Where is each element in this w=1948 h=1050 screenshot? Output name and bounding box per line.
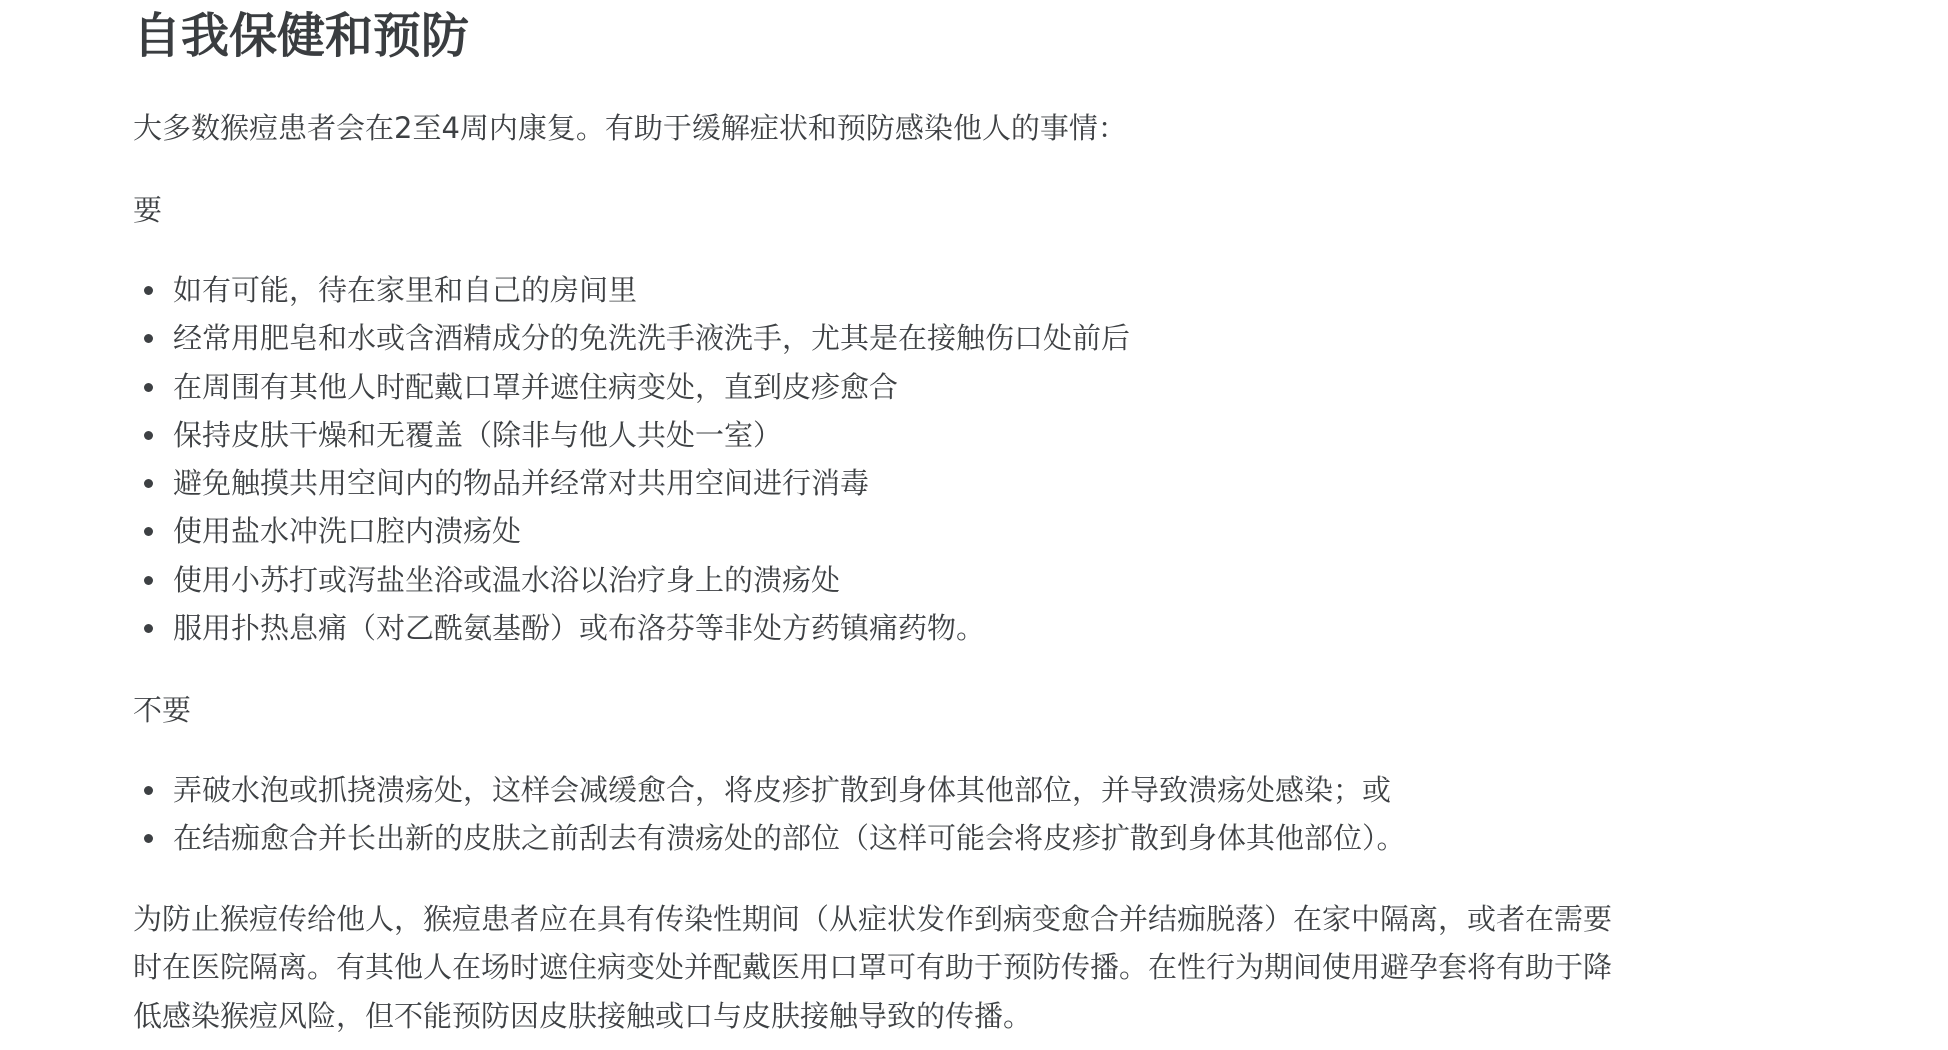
section-title: 自我保健和预防 [133,6,469,66]
do-list-item: 服用扑热息痛（对乙酰氨基酚）或布洛芬等非处方药镇痛药物。 [133,604,1130,652]
do-list-item: 经常用肥皂和水或含酒精成分的免洗洗手液洗手，尤其是在接触伤口处前后 [133,314,1130,362]
do-list-item: 在周围有其他人时配戴口罩并遮住病变处，直到皮疹愈合 [133,363,1130,411]
bullet-icon [144,479,153,488]
bullet-icon [144,286,153,295]
bullet-icon [144,786,153,795]
dont-list-item: 在结痂愈合并长出新的皮肤之前刮去有溃疡处的部位（这样可能会将皮疹扩散到身体其他部… [133,814,1406,862]
dont-list: 弄破水泡或抓挠溃疡处，这样会减缓愈合，将皮疹扩散到身体其他部位，并导致溃疡处感染… [133,766,1406,863]
dont-list-item: 弄破水泡或抓挠溃疡处，这样会减缓愈合，将皮疹扩散到身体其他部位，并导致溃疡处感染… [133,766,1406,814]
closing-line: 为防止猴痘传给他人，猴痘患者应在具有传染性期间（从症状发作到病变愈合并结痂脱落）… [133,895,1793,943]
closing-paragraph: 为防止猴痘传给他人，猴痘患者应在具有传染性期间（从症状发作到病变愈合并结痂脱落）… [133,895,1793,1040]
do-item-text: 使用小苏打或泻盐坐浴或温水浴以治疗身上的溃疡处 [173,563,840,597]
dont-item-text: 弄破水泡或抓挠溃疡处，这样会减缓愈合，将皮疹扩散到身体其他部位，并导致溃疡处感染… [173,773,1391,807]
do-item-text: 保持皮肤干燥和无覆盖（除非与他人共处一室） [173,418,782,452]
closing-line: 时在医院隔离。有其他人在场时遮住病变处并配戴医用口罩可有助于预防传播。在性行为期… [133,943,1793,991]
bullet-icon [144,334,153,343]
do-label: 要 [133,186,162,234]
do-item-text: 服用扑热息痛（对乙酰氨基酚）或布洛芬等非处方药镇痛药物。 [173,611,985,645]
intro-paragraph: 大多数猴痘患者会在2至4周内康复。有助于缓解症状和预防感染他人的事情： [133,104,1127,152]
closing-line: 低感染猴痘风险，但不能预防因皮肤接触或口与皮肤接触导致的传播。 [133,992,1793,1040]
do-list-item: 使用小苏打或泻盐坐浴或温水浴以治疗身上的溃疡处 [133,556,1130,604]
bullet-icon [144,834,153,843]
bullet-icon [144,431,153,440]
bullet-icon [144,576,153,585]
do-item-text: 避免触摸共用空间内的物品并经常对共用空间进行消毒 [173,466,869,500]
do-item-text: 在周围有其他人时配戴口罩并遮住病变处，直到皮疹愈合 [173,370,898,404]
bullet-icon [144,383,153,392]
do-list-item: 避免触摸共用空间内的物品并经常对共用空间进行消毒 [133,459,1130,507]
bullet-icon [144,527,153,536]
do-item-text: 使用盐水冲洗口腔内溃疡处 [173,514,521,548]
do-list: 如有可能，待在家里和自己的房间里 经常用肥皂和水或含酒精成分的免洗洗手液洗手，尤… [133,266,1130,652]
do-item-text: 经常用肥皂和水或含酒精成分的免洗洗手液洗手，尤其是在接触伤口处前后 [173,321,1130,355]
do-list-item: 使用盐水冲洗口腔内溃疡处 [133,507,1130,555]
dont-label: 不要 [133,686,191,734]
do-item-text: 如有可能，待在家里和自己的房间里 [173,273,637,307]
do-list-item: 如有可能，待在家里和自己的房间里 [133,266,1130,314]
dont-item-text: 在结痂愈合并长出新的皮肤之前刮去有溃疡处的部位（这样可能会将皮疹扩散到身体其他部… [173,821,1406,855]
do-list-item: 保持皮肤干燥和无覆盖（除非与他人共处一室） [133,411,1130,459]
bullet-icon [144,624,153,633]
